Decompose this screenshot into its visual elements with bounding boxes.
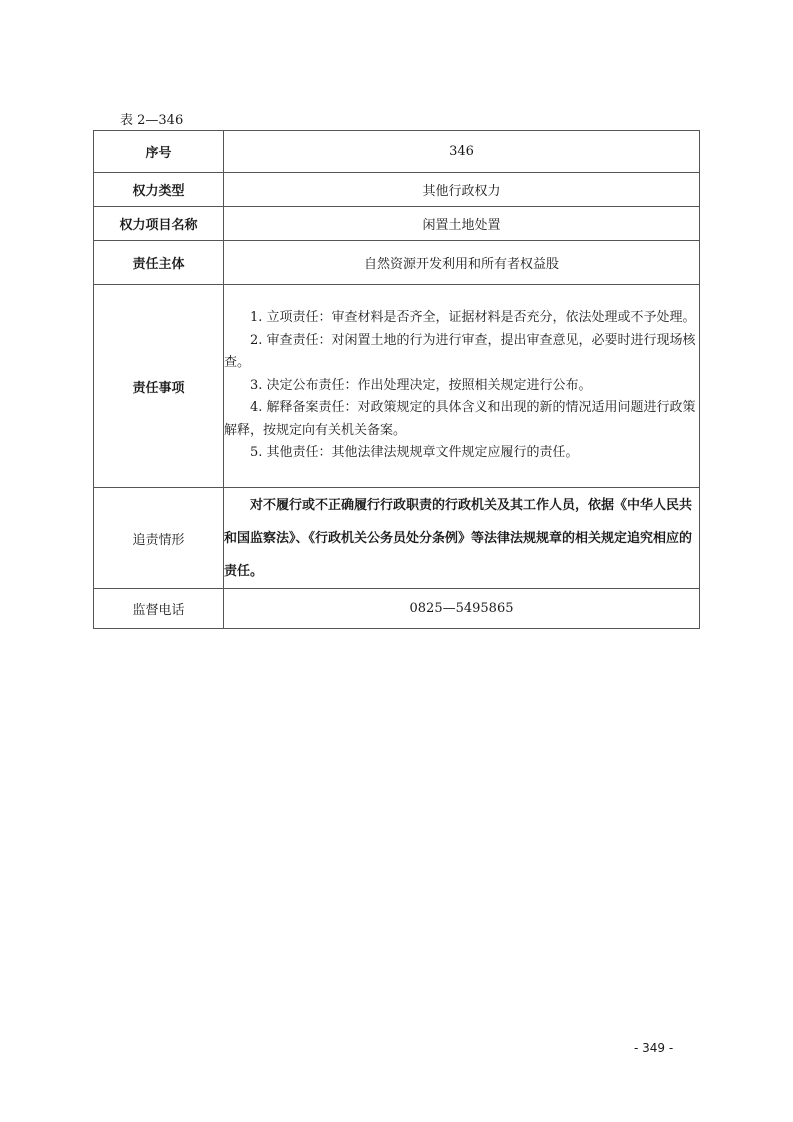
table-row-hotline: 监督电话 0825—5495865 bbox=[94, 589, 700, 629]
table-row-duties: 责任事项 1. 立项责任：审查材料是否齐全，证据材料是否充分，依法处理或不予处理… bbox=[94, 285, 700, 488]
responsible-body-value: 自然资源开发利用和所有者权益股 bbox=[224, 241, 700, 285]
table-row-power-type: 权力类型 其他行政权力 bbox=[94, 173, 700, 207]
hotline-value: 0825—5495865 bbox=[224, 589, 700, 629]
power-type-value: 其他行政权力 bbox=[224, 173, 700, 207]
accountability-text: 对不履行或不正确履行行政职责的行政机关及其工作人员，依据《中华人民共和国监察法》… bbox=[224, 489, 699, 588]
duty-item: 3. 决定公布责任：作出处理决定，按照相关规定进行公布。 bbox=[224, 375, 699, 398]
duty-item: 5. 其他责任：其他法律法规规章文件规定应履行的责任。 bbox=[224, 442, 699, 465]
item-name-value: 闲置土地处置 bbox=[224, 207, 700, 241]
duties-label: 责任事项 bbox=[94, 285, 224, 488]
duty-item: 4. 解释备案责任：对政策规定的具体含义和出现的新的情况适用问题进行政策解释，按… bbox=[224, 397, 699, 442]
table-row-accountability: 追责情形 对不履行或不正确履行行政职责的行政机关及其工作人员，依据《中华人民共和… bbox=[94, 488, 700, 589]
item-name-label: 权力项目名称 bbox=[94, 207, 224, 241]
table-row-serial: 序号 346 bbox=[94, 131, 700, 173]
duty-item: 1. 立项责任：审查材料是否齐全，证据材料是否充分，依法处理或不予处理。 bbox=[224, 307, 699, 330]
serial-label: 序号 bbox=[94, 131, 224, 173]
hotline-label: 监督电话 bbox=[94, 589, 224, 629]
page-number: - 349 - bbox=[634, 1041, 673, 1055]
duty-item: 2. 审查责任：对闲置土地的行为进行审查，提出审查意见，必要时进行现场核查。 bbox=[224, 330, 699, 375]
accountability-label: 追责情形 bbox=[94, 488, 224, 589]
table-row-item-name: 权力项目名称 闲置土地处置 bbox=[94, 207, 700, 241]
serial-value: 346 bbox=[224, 131, 700, 173]
duties-content: 1. 立项责任：审查材料是否齐全，证据材料是否充分，依法处理或不予处理。 2. … bbox=[224, 285, 700, 488]
accountability-content: 对不履行或不正确履行行政职责的行政机关及其工作人员，依据《中华人民共和国监察法》… bbox=[224, 488, 700, 589]
table-row-responsible-body: 责任主体 自然资源开发利用和所有者权益股 bbox=[94, 241, 700, 285]
table-caption: 表 2—346 bbox=[120, 109, 183, 128]
power-list-table: 序号 346 权力类型 其他行政权力 权力项目名称 闲置土地处置 责任主体 自然… bbox=[93, 130, 700, 629]
power-type-label: 权力类型 bbox=[94, 173, 224, 207]
responsible-body-label: 责任主体 bbox=[94, 241, 224, 285]
